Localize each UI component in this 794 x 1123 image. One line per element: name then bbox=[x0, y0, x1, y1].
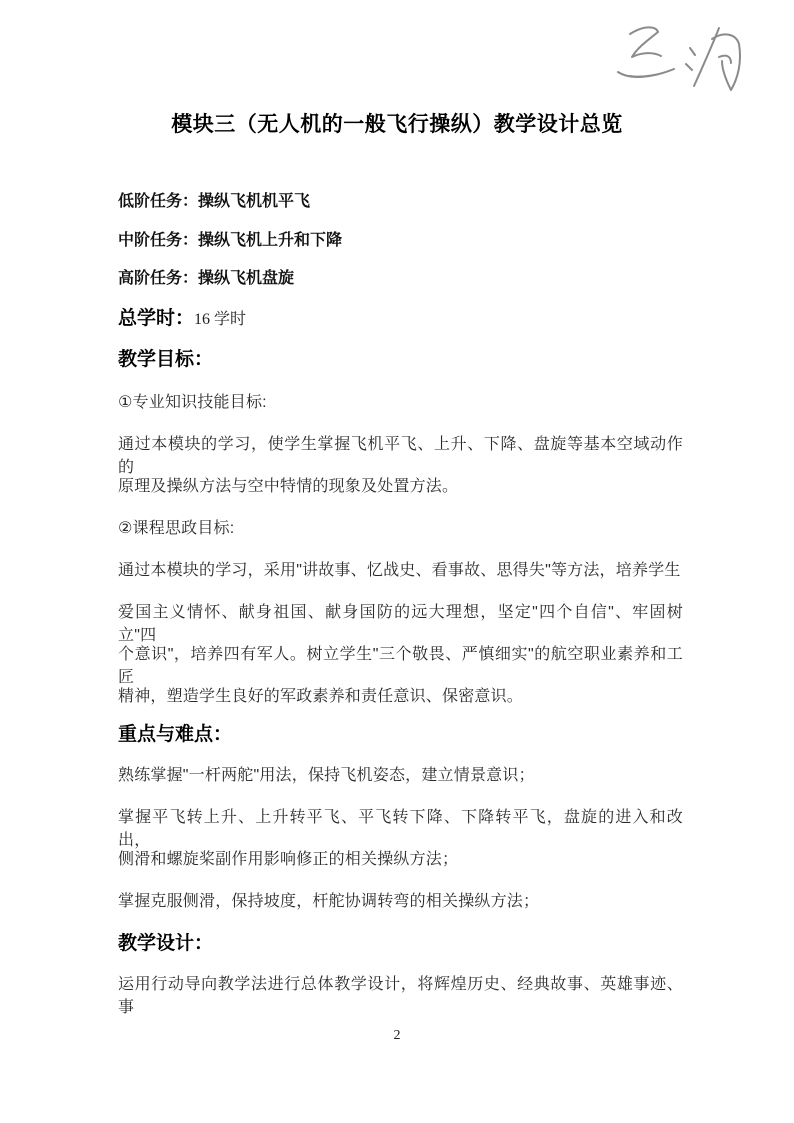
handwritten-signature bbox=[600, 12, 760, 107]
body-line: 精神，塑造学生良好的军政素养和责任意识、保密意识。 bbox=[118, 683, 683, 706]
page-title: 模块三（无人机的一般飞行操纵）教学设计总览 bbox=[0, 108, 794, 138]
body-line: 通过本模块的学习，使学生掌握飞机平飞、上升、下降、盘旋等基本空域动作的 bbox=[118, 431, 683, 477]
body-line: 爱国主义情怀、献身祖国、献身国防的远大理想，坚定"四个自信"、牢固树立"四 bbox=[118, 599, 683, 645]
body-line: 掌握平飞转上升、上升转平飞、平飞转下降、下降转平飞，盘旋的进入和改出， bbox=[118, 804, 683, 850]
body-line: ②课程思政目标: bbox=[118, 515, 683, 538]
body-line: 原理及操纵方法与空中特情的现象及处置方法。 bbox=[118, 473, 683, 496]
task-line-low: 低阶任务：操纵飞机机平飞 bbox=[118, 188, 683, 211]
total-hours-label: 总学时： bbox=[118, 308, 194, 329]
section-heading-goals: 教学目标： bbox=[118, 344, 683, 371]
body-line: 掌握克服侧滑，保持坡度，杆舵协调转弯的相关操纵方法； bbox=[118, 888, 683, 911]
section-heading-keypoints: 重点与难点： bbox=[118, 719, 683, 746]
body-line: ①专业知识技能目标: bbox=[118, 389, 683, 412]
body-line: 熟练掌握"一杆两舵"用法，保持飞机姿态，建立情景意识； bbox=[118, 762, 683, 785]
document-page: 模块三（无人机的一般飞行操纵）教学设计总览 低阶任务：操纵飞机机平飞 中阶任务：… bbox=[0, 0, 794, 1123]
body-line: 通过本模块的学习，采用"讲故事、忆战史、看事故、思得失"等方法，培养学生 bbox=[118, 557, 683, 580]
page-number: 2 bbox=[0, 1028, 794, 1044]
body-line: 个意识"，培养四有军人。树立学生"三个敬畏、严慎细实"的航空职业素养和工匠 bbox=[118, 641, 683, 687]
task-line-mid: 中阶任务：操纵飞机上升和下降 bbox=[118, 227, 683, 250]
body-line: 运用行动导向教学法进行总体教学设计，将辉煌历史、经典故事、英雄事迹、事 bbox=[118, 971, 683, 1017]
total-hours-value: 16 学时 bbox=[194, 311, 246, 328]
task-line-high: 高阶任务：操纵飞机盘旋 bbox=[118, 265, 683, 288]
body-line: 侧滑和螺旋桨副作用影响修正的相关操纵方法； bbox=[118, 846, 683, 869]
section-heading-design: 教学设计： bbox=[118, 928, 683, 955]
total-hours-line: 总学时：16 学时 bbox=[118, 303, 683, 330]
